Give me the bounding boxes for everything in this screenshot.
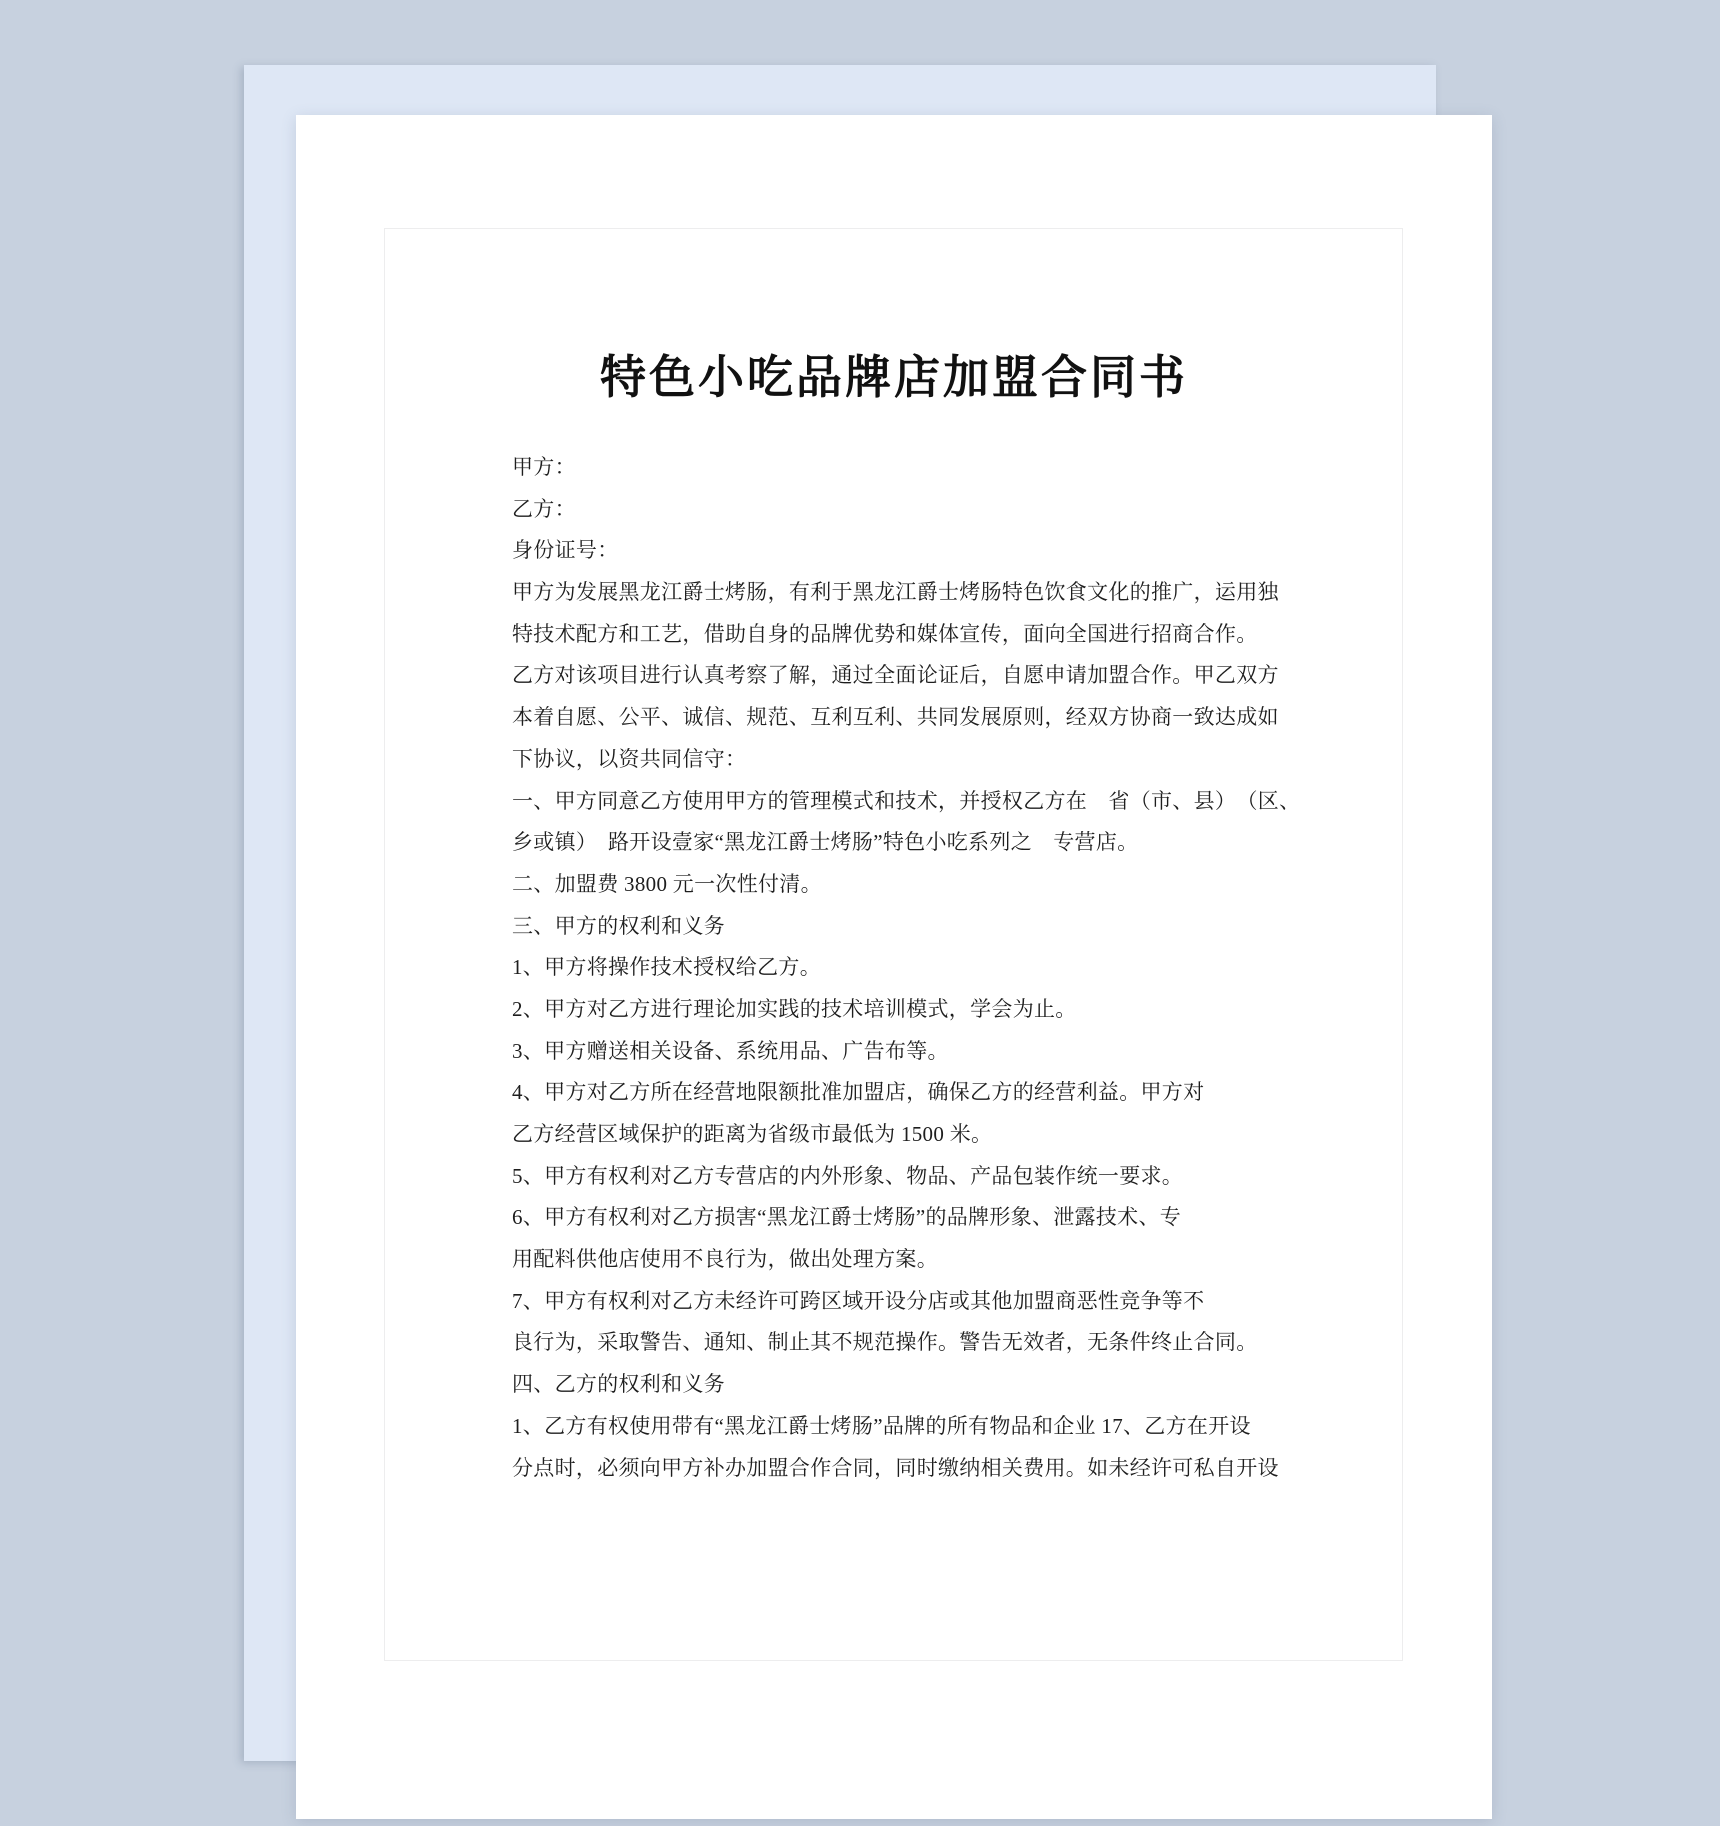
contract-line: 乙方经营区域保护的距离为省级市最低为 1500 米。 [512, 1114, 1302, 1156]
contract-line-party-a: 甲方： [512, 447, 1302, 489]
contract-line: 5、甲方有权利对乙方专营店的内外形象、物品、产品包装作统一要求。 [512, 1156, 1302, 1198]
contract-line: 7、甲方有权利对乙方未经许可跨区域开设分店或其他加盟商恶性竞争等不 [512, 1281, 1302, 1323]
contract-line: 本着自愿、公平、诚信、规范、互利互利、共同发展原则，经双方协商一致达成如 [512, 697, 1302, 739]
contract-line-clause-4: 四、乙方的权利和义务 [512, 1364, 1302, 1406]
contract-line: 甲方为发展黑龙江爵士烤肠，有利于黑龙江爵士烤肠特色饮食文化的推广，运用独 [512, 572, 1302, 614]
contract-line: 乙方对该项目进行认真考察了解，通过全面论证后，自愿申请加盟合作。甲乙双方 [512, 655, 1302, 697]
contract-line: 分点时，必须向甲方补办加盟合作合同，同时缴纳相关费用。如未经许可私自开设 [512, 1448, 1302, 1490]
document-page: 特色小吃品牌店加盟合同书 甲方： 乙方： 身份证号： 甲方为发展黑龙江爵士烤肠，… [296, 115, 1492, 1819]
desktop-background: { "document": { "title": "特色小吃品牌店加盟合同书",… [0, 0, 1720, 1826]
contract-line-id-number: 身份证号： [512, 530, 1302, 572]
contract-line: 6、甲方有权利对乙方损害“黑龙江爵士烤肠”的品牌形象、泄露技术、专 [512, 1197, 1302, 1239]
contract-line: 乡或镇） 路开设壹家“黑龙江爵士烤肠”特色小吃系列之 专营店。 [512, 822, 1302, 864]
contract-line: 2、甲方对乙方进行理论加实践的技术培训模式，学会为止。 [512, 989, 1302, 1031]
contract-line: 1、甲方将操作技术授权给乙方。 [512, 947, 1302, 989]
contract-line: 良行为，采取警告、通知、制止其不规范操作。警告无效者，无条件终止合同。 [512, 1322, 1302, 1364]
contract-line-clause-2: 二、加盟费 3800 元一次性付清。 [512, 864, 1302, 906]
contract-line: 特技术配方和工艺，借助自身的品牌优势和媒体宣传，面向全国进行招商合作。 [512, 614, 1302, 656]
contract-line-clause-3: 三、甲方的权利和义务 [512, 906, 1302, 948]
contract-line: 下协议，以资共同信守： [512, 739, 1302, 781]
document-body: 甲方： 乙方： 身份证号： 甲方为发展黑龙江爵士烤肠，有利于黑龙江爵士烤肠特色饮… [512, 447, 1302, 1489]
contract-line-clause-1: 一、甲方同意乙方使用甲方的管理模式和技术，并授权乙方在 省（市、县） （区、 [512, 781, 1302, 823]
contract-line-party-b: 乙方： [512, 489, 1302, 531]
contract-line: 4、甲方对乙方所在经营地限额批准加盟店，确保乙方的经营利益。甲方对 [512, 1072, 1302, 1114]
contract-line: 1、乙方有权使用带有“黑龙江爵士烤肠”品牌的所有物品和企业 17、乙方在开设 [512, 1406, 1302, 1448]
contract-line: 用配料供他店使用不良行为，做出处理方案。 [512, 1239, 1302, 1281]
canvas: 特色小吃品牌店加盟合同书 甲方： 乙方： 身份证号： 甲方为发展黑龙江爵士烤肠，… [0, 0, 1720, 1826]
contract-line: 3、甲方赠送相关设备、系统用品、广告布等。 [512, 1031, 1302, 1073]
document-title: 特色小吃品牌店加盟合同书 [296, 353, 1492, 404]
